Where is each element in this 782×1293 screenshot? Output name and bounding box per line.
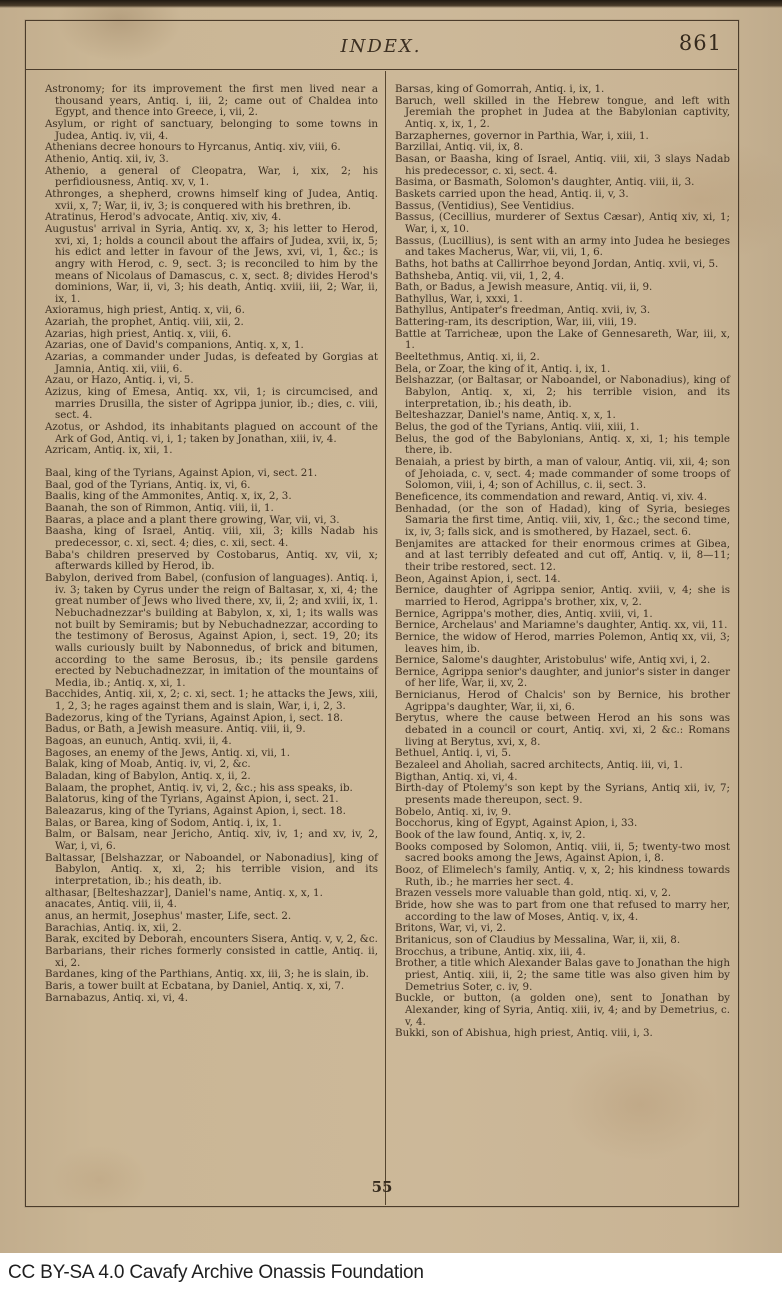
index-entry: Baasha, king of Israel, Antiq. viii, xii… <box>45 526 378 549</box>
index-entry: Azotus, or Ashdod, its inhabitants plagu… <box>45 422 378 445</box>
index-entry: Bride, how she was to part from one that… <box>395 900 730 923</box>
scan-edge <box>0 0 782 8</box>
index-section-b-continued: Barsas, king of Gomorrah, Antiq. i, ix, … <box>395 84 730 1040</box>
index-entry: Bassus, (Lucillius), is sent with an arm… <box>395 236 730 259</box>
index-entry: Book of the law found, Antiq. x, iv, 2. <box>395 830 730 842</box>
index-entry: Basan, or Baasha, king of Israel, Antiq.… <box>395 154 730 177</box>
index-entry: Augustus' arrival in Syria, Antiq. xv, x… <box>45 224 378 306</box>
index-section-a: Astronomy; for its improvement the first… <box>45 84 378 457</box>
index-entry: Battle at Tarricheæ, upon the Lake of Ge… <box>395 329 730 352</box>
index-entry: Baskets carried upon the head, Antiq. ii… <box>395 189 730 201</box>
index-entry: Azarias, a commander under Judas, is def… <box>45 352 378 375</box>
index-entry: Bezaleel and Aholiah, sacred architects,… <box>395 760 730 772</box>
index-entry: Barsas, king of Gomorrah, Antiq. i, ix, … <box>395 84 730 96</box>
index-entry: Azricam, Antiq. ix, xii, 1. <box>45 445 378 457</box>
index-entry: Bernicianus, Herod of Chalcis' son by Be… <box>395 690 730 713</box>
index-entry: Azizus, king of Emesa, Antiq. xx, vii, 1… <box>45 387 378 422</box>
index-entry: Athenio, a general of Cleopatra, War, i,… <box>45 166 378 189</box>
signature-number: 55 <box>352 1178 412 1196</box>
index-entry: Beeltethmus, Antiq. xi, ii, 2. <box>395 352 730 364</box>
index-entry: anus, an hermit, Josephus' master, Life,… <box>45 911 378 923</box>
index-entry: Baanah, the son of Rimmon, Antiq. viii, … <box>45 503 378 515</box>
index-entry: Booz, of Elimelech's family, Antiq. v, x… <box>395 865 730 888</box>
index-entry: Babylon, derived from Babel, (confusion … <box>45 573 378 690</box>
index-entry: Bernice, Agrippa senior's daughter, and … <box>395 667 730 690</box>
index-entry: Balm, or Balsam, near Jericho, Antiq. xi… <box>45 829 378 852</box>
index-entry: Barbarians, their riches formerly consis… <box>45 946 378 969</box>
index-entry: Baruch, well skilled in the Hebrew tongu… <box>395 96 730 131</box>
index-entry: Benjamites are attacked for their enormo… <box>395 539 730 574</box>
header-rule <box>25 69 737 70</box>
index-entry: Books composed by Solomon, Antiq. viii, … <box>395 842 730 865</box>
page-number: 861 <box>660 31 722 55</box>
index-entry: Bagoas, an eunuch, Antiq. xvii, ii, 4. <box>45 736 378 748</box>
license-footer: CC BY-SA 4.0 Cavafy Archive Onassis Foun… <box>0 1253 782 1293</box>
index-entry: Belus, the god of the Tyrians, Antiq. vi… <box>395 422 730 434</box>
index-entry: Baba's children preserved by Costobarus,… <box>45 550 378 573</box>
index-entry: Berytus, where the cause between Herod a… <box>395 713 730 748</box>
index-entry: Benaiah, a priest by birth, a man of val… <box>395 457 730 492</box>
index-entry: Bukki, son of Abishua, high priest, Anti… <box>395 1028 730 1040</box>
index-entry: Athronges, a shepherd, crowns himself ki… <box>45 189 378 212</box>
column-divider <box>385 71 386 1205</box>
index-entry: Benhadad, (or the son of Hadad), king of… <box>395 504 730 539</box>
index-entry: Baris, a tower built at Ecbatana, by Dan… <box>45 981 378 993</box>
right-column: Barsas, king of Gomorrah, Antiq. i, ix, … <box>395 84 730 1040</box>
index-entry: Bernice, daughter of Agrippa senior, Ant… <box>395 585 730 608</box>
index-entry: Baal, king of the Tyrians, Against Apion… <box>45 468 378 480</box>
index-entry: Bernice, the widow of Herod, marries Pol… <box>395 632 730 655</box>
index-entry: Baleazarus, king of the Tyrians, Against… <box>45 806 378 818</box>
index-entry: Baltassar, [Belshazzar, or Naboandel, or… <box>45 853 378 888</box>
index-entry: Baths, hot baths at Callirrhoe beyond Jo… <box>395 259 730 271</box>
index-entry: Belshazzar, (or Baltasar, or Naboandel, … <box>395 375 730 410</box>
index-entry: Belus, the god of the Babylonians, Antiq… <box>395 434 730 457</box>
index-entry: Britanicus, son of Claudius by Messalina… <box>395 935 730 947</box>
index-entry: Brother, a title which Alexander Balas g… <box>395 958 730 993</box>
index-section-b: Baal, king of the Tyrians, Against Apion… <box>45 468 378 1004</box>
index-entry: Bassus, (Cecillius, murderer of Sextus C… <box>395 212 730 235</box>
index-entry: Beneficence, its commendation and reward… <box>395 492 730 504</box>
index-entry: Birth-day of Ptolemy's son kept by the S… <box>395 783 730 806</box>
index-entry: Barnabazus, Antiq. xi, vi, 4. <box>45 993 378 1005</box>
index-entry: Baladan, king of Babylon, Antiq. x, ii, … <box>45 771 378 783</box>
left-column: Astronomy; for its improvement the first… <box>45 84 378 1004</box>
page-title: INDEX. <box>25 36 737 57</box>
index-entry: Buckle, or button, (a golden one), sent … <box>395 993 730 1028</box>
index-entry: Asylum, or right of sanctuary, belonging… <box>45 119 378 142</box>
index-entry: Athenio, Antiq. xii, iv, 3. <box>45 154 378 166</box>
license-text: CC BY-SA 4.0 Cavafy Archive Onassis Foun… <box>8 1262 424 1284</box>
index-entry: Bacchides, Antiq. xii, x, 2; c. xi, sect… <box>45 689 378 712</box>
index-entry: Astronomy; for its improvement the first… <box>45 84 378 119</box>
